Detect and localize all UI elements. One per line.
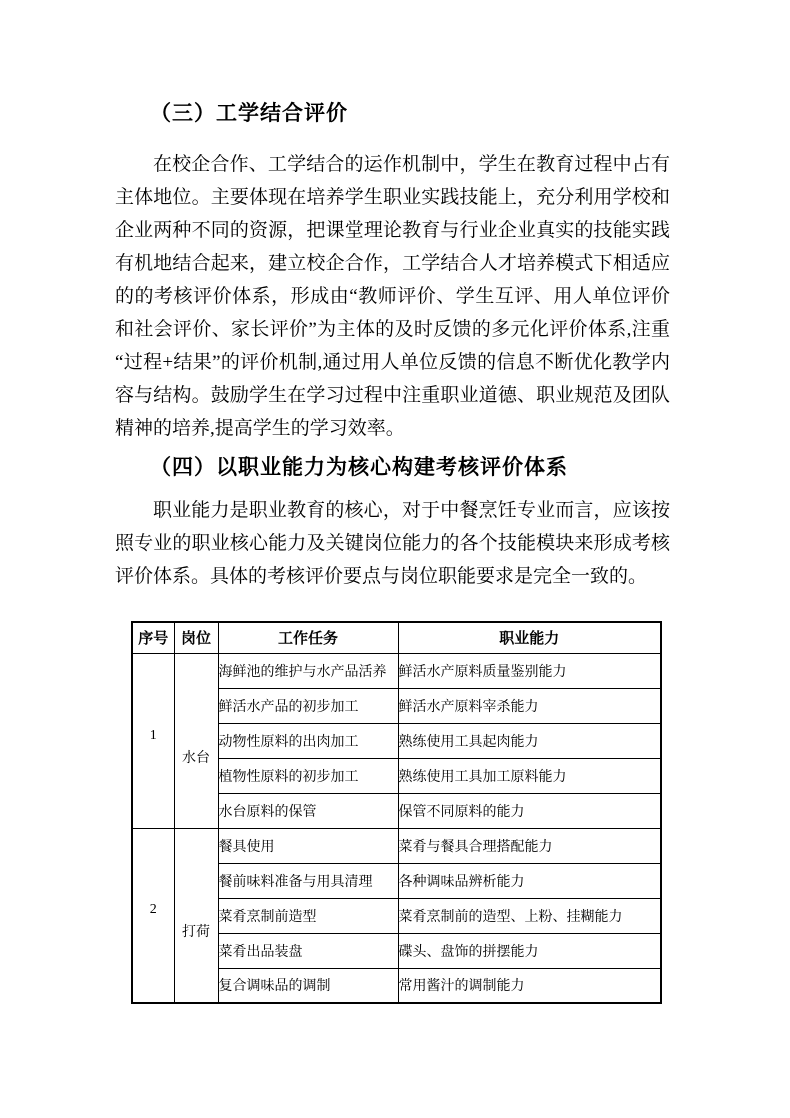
col-header-post: 岗位: [174, 622, 218, 653]
cell-task: 餐具使用: [218, 828, 398, 863]
paragraph-2: 职业能力是职业教育的核心，对于中餐烹饪专业而言，应该按 照专业的职业核心能力及关…: [115, 494, 670, 593]
col-header-seq: 序号: [132, 622, 174, 653]
document-page: （三）工学结合评价 在校企合作、工学结合的运作机制中，学生在教育过程中占有 主体…: [0, 0, 790, 1118]
paragraph-line: 职业能力是职业教育的核心，对于中餐烹饪专业而言，应该按: [115, 494, 670, 527]
cell-task: 复合调味品的调制: [218, 968, 398, 1003]
col-header-ability: 职业能力: [398, 622, 661, 653]
paragraph-line: 的的考核评价体系，形成由“教师评价、学生互评、用人单位评价: [115, 280, 670, 313]
paragraph-line: 和社会评价、家长评价”为主体的及时反馈的多元化评价体系,注重: [115, 313, 670, 346]
cell-ability: 熟练使用工具加工原料能力: [398, 758, 661, 793]
cell-post: 打荷: [174, 828, 218, 1003]
seq-number: 1: [150, 728, 157, 744]
paragraph-line: 精神的培养,提高学生的学习效率。: [115, 412, 670, 445]
paragraph-line: 主体地位。主要体现在培养学生职业实践技能上，充分利用学校和: [115, 181, 670, 214]
cell-ability: 碟头、盘饰的拼摆能力: [398, 933, 661, 968]
cell-ability: 常用酱汁的调制能力: [398, 968, 661, 1003]
cell-task: 动物性原料的出肉加工: [218, 723, 398, 758]
table-row: 2 打荷 餐具使用 菜肴与餐具合理搭配能力: [132, 828, 661, 863]
paragraph-line: 评价体系。具体的考核评价要点与岗位职能要求是完全一致的。: [115, 560, 670, 593]
cell-ability: 菜肴与餐具合理搭配能力: [398, 828, 661, 863]
paragraph-line: 有机地结合起来，建立校企合作，工学结合人才培养模式下相适应: [115, 247, 670, 280]
table-row: 1 水台 海鲜池的维护与水产品活养 鲜活水产原料质量鉴别能力: [132, 653, 661, 688]
cell-task: 海鲜池的维护与水产品活养: [218, 653, 398, 688]
cell-ability: 熟练使用工具起肉能力: [398, 723, 661, 758]
paragraph-1: 在校企合作、工学结合的运作机制中，学生在教育过程中占有 主体地位。主要体现在培养…: [115, 148, 670, 445]
paragraph-line: 容与结构。鼓励学生在学习过程中注重职业道德、职业规范及团队: [115, 379, 670, 412]
task-table-wrapper: 序号 岗位 工作任务 职业能力 1 水台 海鲜池的维护与水产品活养 鲜活水产原料…: [131, 621, 670, 1004]
cell-task: 菜肴烹制前造型: [218, 898, 398, 933]
cell-task: 菜肴出品装盘: [218, 933, 398, 968]
page-content: （三）工学结合评价 在校企合作、工学结合的运作机制中，学生在教育过程中占有 主体…: [115, 0, 670, 1004]
paragraph-line: 企业两种不同的资源，把课堂理论教育与行业企业真实的技能实践: [115, 214, 670, 247]
paragraph-line: “过程+结果”的评价机制,通过用人单位反馈的信息不断优化教学内: [115, 346, 670, 379]
section-heading-3: （三）工学结合评价: [150, 99, 670, 129]
cell-task: 餐前味料准备与用具清理: [218, 863, 398, 898]
cell-ability: 鲜活水产原料宰杀能力: [398, 688, 661, 723]
job-competency-table: 序号 岗位 工作任务 职业能力 1 水台 海鲜池的维护与水产品活养 鲜活水产原料…: [131, 621, 662, 1004]
table-header-row: 序号 岗位 工作任务 职业能力: [132, 622, 661, 653]
cell-task: 植物性原料的初步加工: [218, 758, 398, 793]
cell-task: 水台原料的保管: [218, 793, 398, 828]
cell-seq: 2: [132, 828, 174, 1003]
col-header-task: 工作任务: [218, 622, 398, 653]
section-heading-4: （四）以职业能力为核心构建考核评价体系: [150, 453, 670, 483]
cell-ability: 菜肴烹制前的造型、上粉、挂糊能力: [398, 898, 661, 933]
cell-ability: 鲜活水产原料质量鉴别能力: [398, 653, 661, 688]
paragraph-line: 照专业的职业核心能力及关键岗位能力的各个技能模块来形成考核: [115, 527, 670, 560]
cell-task: 鲜活水产品的初步加工: [218, 688, 398, 723]
post-name: 水台: [182, 747, 210, 767]
cell-ability: 保管不同原料的能力: [398, 793, 661, 828]
seq-number: 2: [150, 902, 157, 918]
cell-seq: 1: [132, 653, 174, 828]
cell-ability: 各种调味品辨析能力: [398, 863, 661, 898]
paragraph-line: 在校企合作、工学结合的运作机制中，学生在教育过程中占有: [115, 148, 670, 181]
post-name: 打荷: [182, 921, 210, 941]
cell-post: 水台: [174, 653, 218, 828]
